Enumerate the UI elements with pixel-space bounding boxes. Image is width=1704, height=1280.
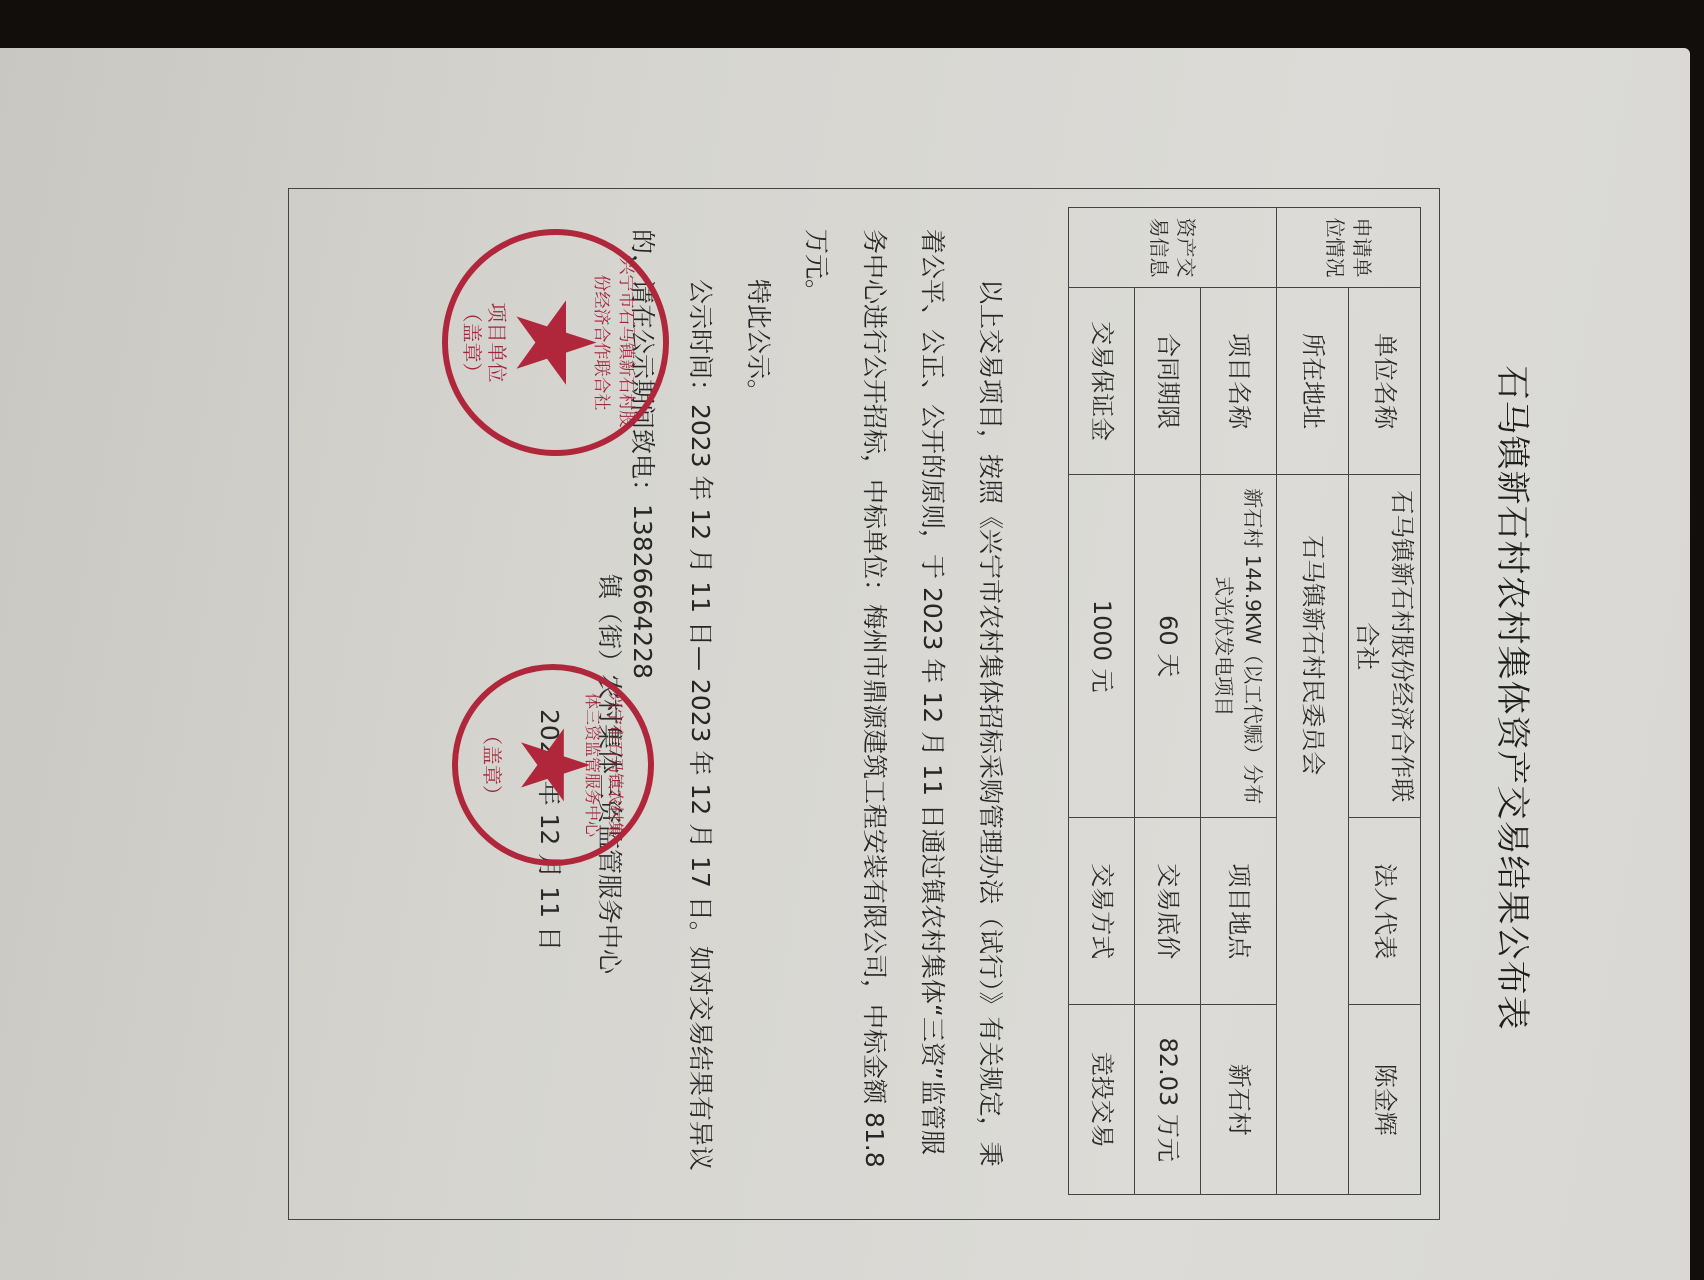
group-label-asset: 资产交易信息 [1069, 208, 1277, 288]
cell-value: 1000 元 [1069, 475, 1135, 818]
cell-label: 合同期限 [1135, 287, 1201, 474]
cell-value: 石马镇新石村民委员会 [1277, 475, 1349, 1195]
cell-label: 交易保证金 [1069, 287, 1135, 474]
table-row: 申请单位情况 单位名称 石马镇新石村股份经济合作联合社 法人代表 陈金辉 [1349, 208, 1421, 1195]
cell-label: 交易方式 [1069, 818, 1135, 1005]
cell-label: 单位名称 [1349, 287, 1421, 474]
stamp-supervision-center: ★ 兴宁市石马镇农村集体三资监管服务中心 （盖章） [452, 664, 654, 866]
body-paragraph: 以上交易项目，按照《兴宁市农村集体招标采购管理办法（试行）》有关规定，秉着公平、… [787, 229, 1019, 1179]
cell-value: 石马镇新石村股份经济合作联合社 [1349, 475, 1421, 818]
signature-org: 镇（街）农村集体三资监管服务中心 [593, 574, 629, 1194]
paper-sheet: 石马镇新石村农村集体资产交易结果公布表 申请单位情况 单位名称 石马镇新石村股份… [0, 48, 1690, 1280]
document: 石马镇新石村农村集体资产交易结果公布表 申请单位情况 单位名称 石马镇新石村股份… [270, 158, 1690, 1238]
stamp-inner-text: 项目单位 [484, 235, 513, 450]
stamp-seal-label: （盖章） [479, 670, 508, 860]
info-table: 申请单位情况 单位名称 石马镇新石村股份经济合作联合社 法人代表 陈金辉 所在地… [1068, 207, 1421, 1195]
stamp-outer-text: 兴宁市石马镇农村集体三资监管服务中心 [582, 670, 628, 860]
body-closing: 特此公示。 [729, 229, 787, 1179]
cell-label: 项目地点 [1201, 818, 1277, 1005]
cell-label: 所在地址 [1277, 287, 1349, 474]
cell-label: 交易底价 [1135, 818, 1201, 1005]
announcement-body: 以上交易项目，按照《兴宁市农村集体招标采购管理办法（试行）》有关规定，秉着公平、… [613, 229, 1019, 1179]
stamp-outer-text: 兴宁市石马镇新石村股份经济合作联合社 [591, 235, 641, 450]
table-row: 交易保证金 1000 元 交易方式 竞投交易 [1069, 208, 1135, 1195]
stamp-seal-label: （盖章） [459, 235, 488, 450]
group-label-applicant: 申请单位情况 [1277, 208, 1421, 288]
cell-value: 陈金辉 [1349, 1005, 1421, 1195]
cell-value: 新石村 144.9KW（以工代赈）分布式光伏发电项目 [1201, 475, 1277, 818]
table-row: 合同期限 60 天 交易底价 82.03 万元 [1135, 208, 1201, 1195]
cell-value: 60 天 [1135, 475, 1201, 818]
table-row: 所在地址 石马镇新石村民委员会 [1277, 208, 1349, 1195]
cell-label: 项目名称 [1201, 287, 1277, 474]
document-frame: 申请单位情况 单位名称 石马镇新石村股份经济合作联合社 法人代表 陈金辉 所在地… [288, 188, 1440, 1220]
cell-label: 法人代表 [1349, 818, 1421, 1005]
stamp-project-unit: ★ 兴宁市石马镇新石村股份经济合作联合社 项目单位 （盖章） [442, 229, 669, 456]
cell-value: 新石村 [1201, 1005, 1277, 1195]
cell-value: 82.03 万元 [1135, 1005, 1201, 1195]
cell-value: 竞投交易 [1069, 1005, 1135, 1195]
document-title: 石马镇新石村农村集体资产交易结果公布表 [1491, 158, 1540, 1238]
table-row: 资产交易信息 项目名称 新石村 144.9KW（以工代赈）分布式光伏发电项目 项… [1201, 208, 1277, 1195]
